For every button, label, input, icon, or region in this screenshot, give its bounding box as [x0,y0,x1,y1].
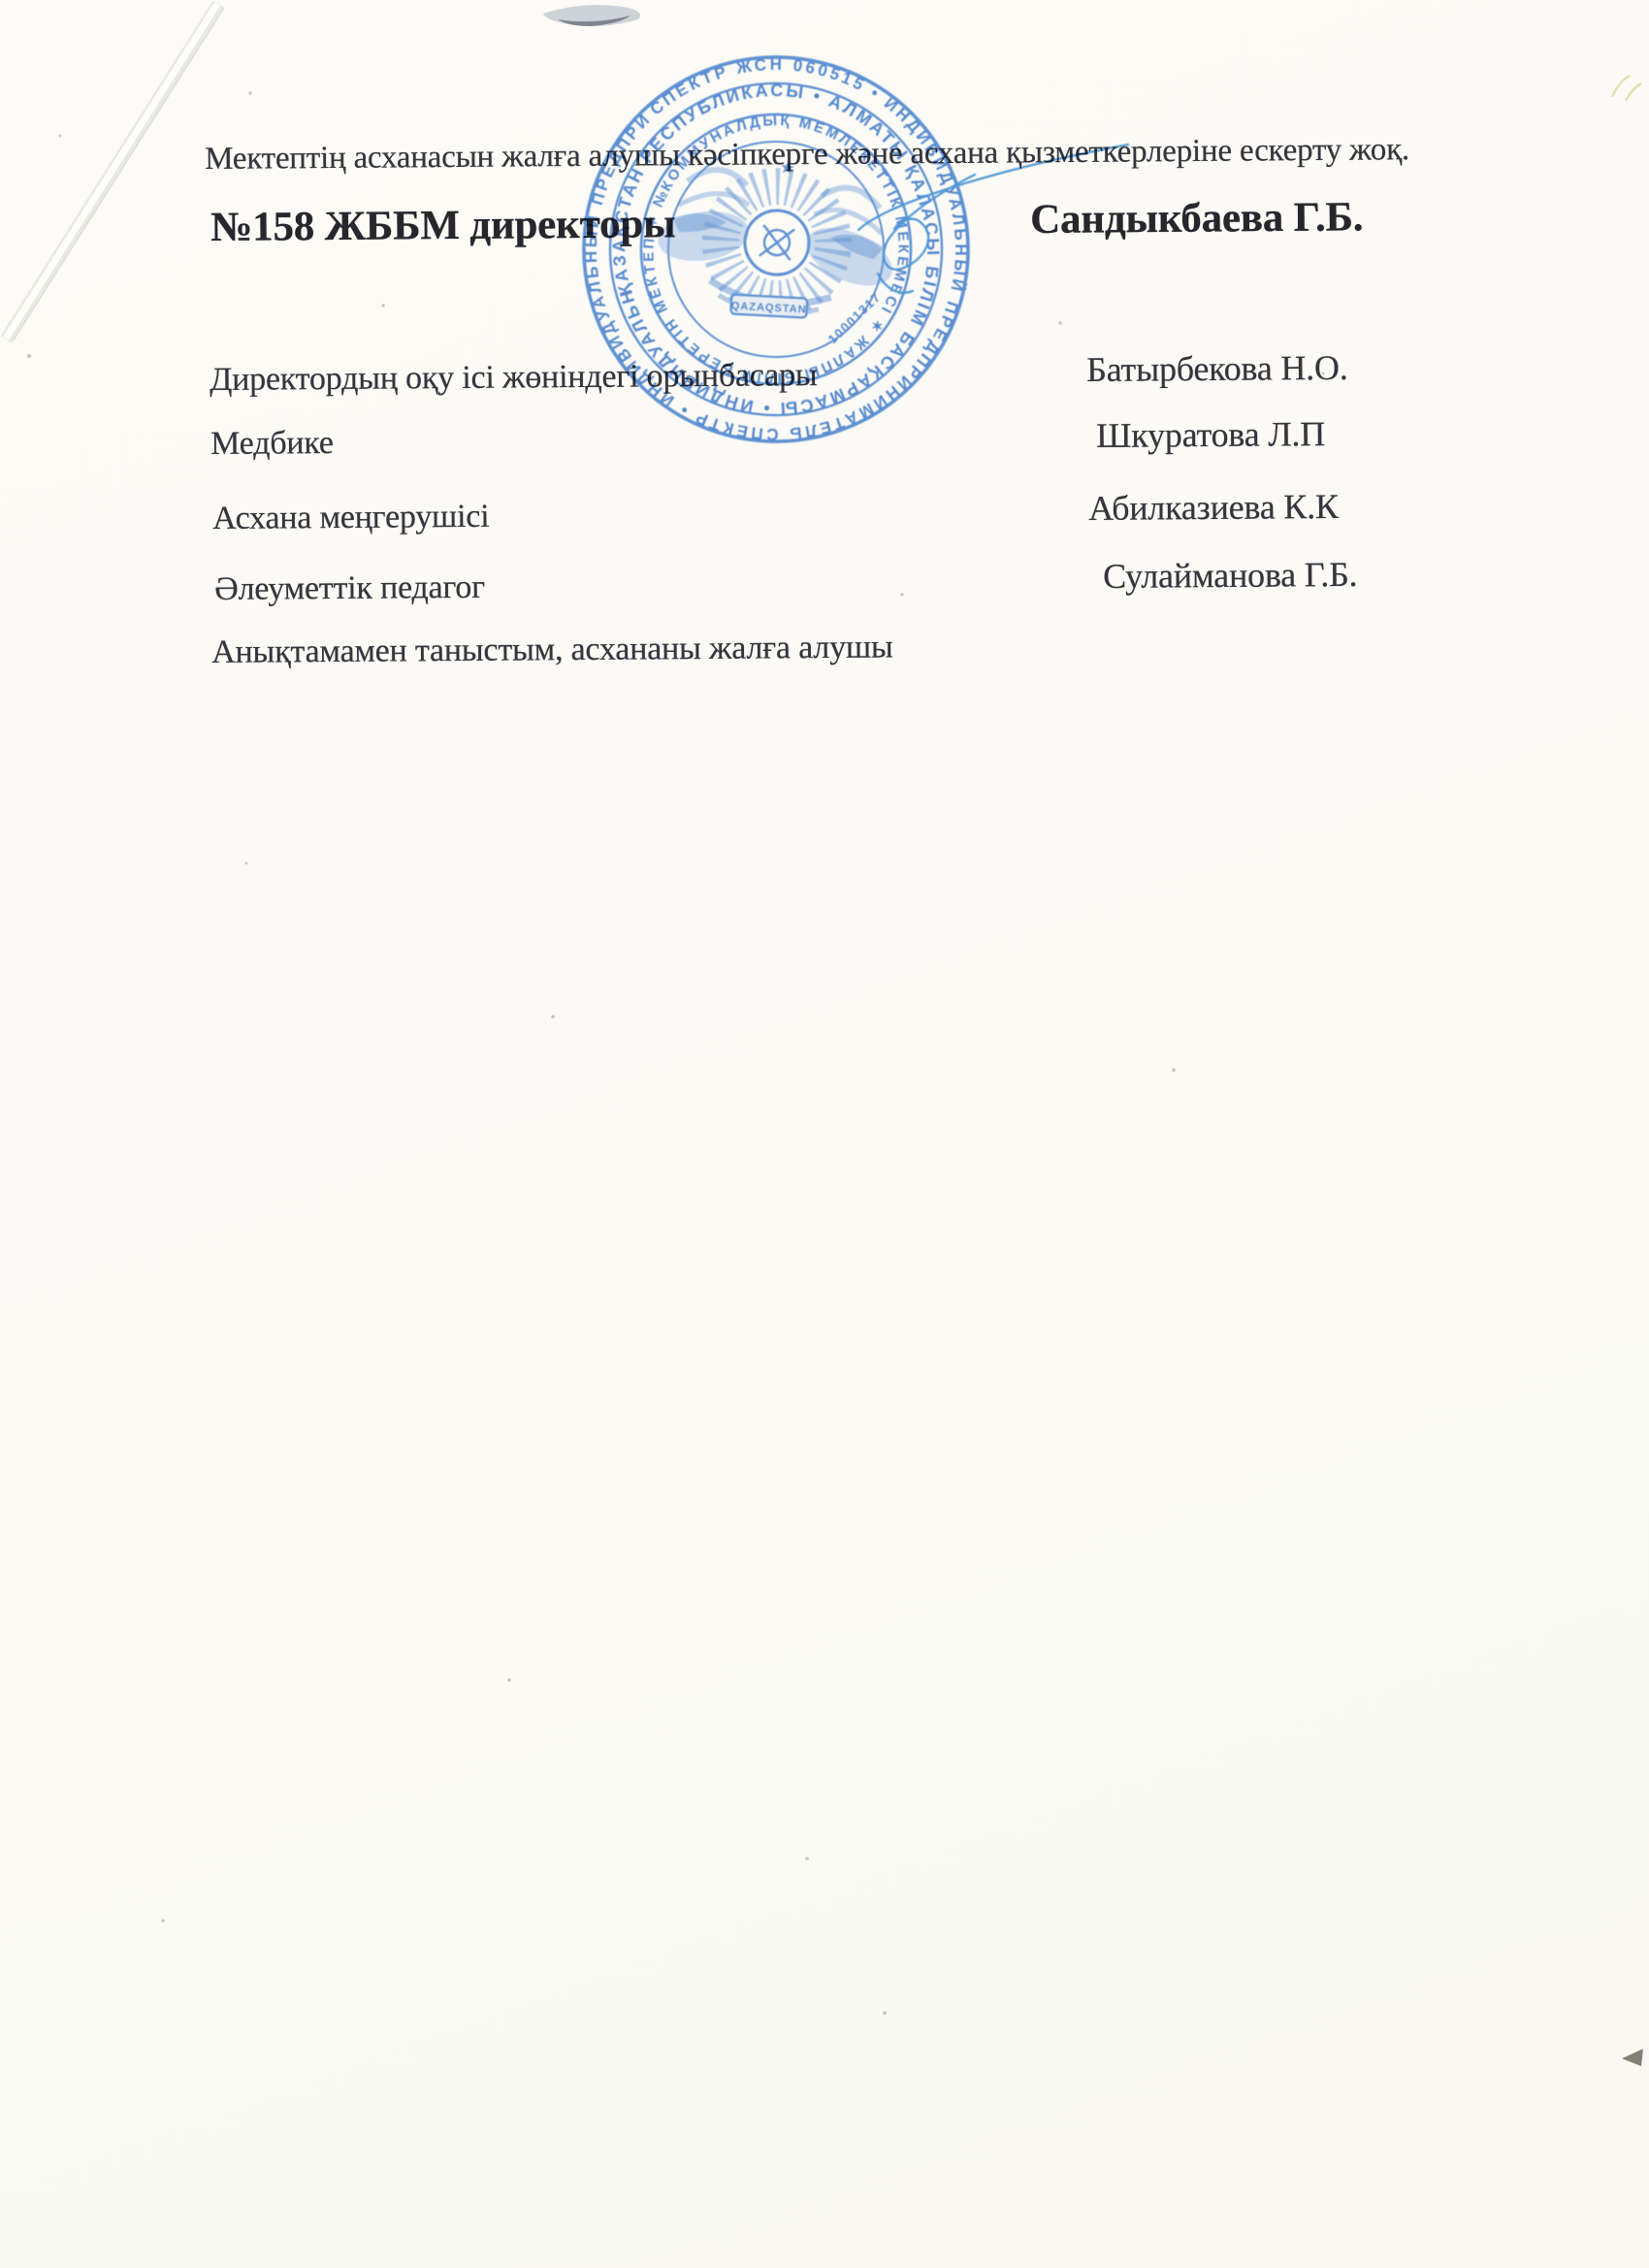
scan-debris-triangle [1622,2049,1643,2066]
scanned-document-page: Мектептің асханасын жалға алушы кәсіпкер… [0,0,1649,2268]
yellow-speck-artifact [1612,76,1641,101]
scan-artifacts-over [0,0,1649,2268]
scan-smudge-artifact [543,5,640,26]
